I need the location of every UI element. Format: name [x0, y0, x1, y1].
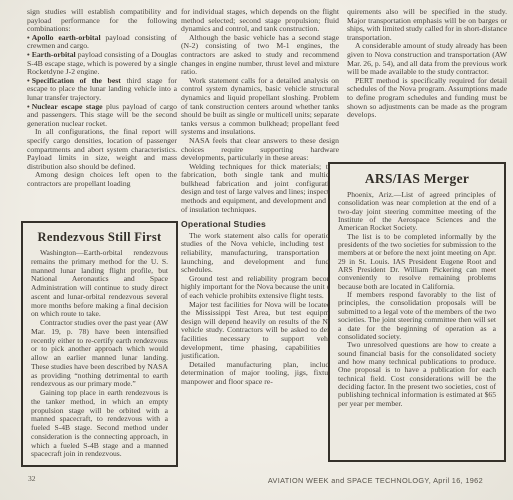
- paragraph: Ground test and reliability program beco…: [181, 275, 339, 301]
- bullet-item: •Apollo earth-orbital payload consisting…: [27, 34, 177, 51]
- bullet-item: •Earth-orbital payload consisting of a D…: [27, 51, 177, 77]
- paragraph: PERT method is specifically required for…: [347, 77, 507, 120]
- paragraph: The list is to be completed informally b…: [338, 233, 496, 291]
- page-number: 32: [28, 474, 36, 483]
- box-title: Rendezvous Still First: [31, 230, 168, 245]
- column-middle: for individual stages, which depends on …: [181, 8, 339, 387]
- magazine-page: sign studies will establish compatibilit…: [0, 0, 513, 500]
- bullet-item: •Specification of the best third stage f…: [27, 77, 177, 103]
- paragraph: Detailed manufacturing plan, including d…: [181, 361, 339, 387]
- paragraph: If members respond favorably to the list…: [338, 291, 496, 341]
- paragraph: Welding techniques for thick materials; …: [181, 163, 339, 215]
- box-title: ARS/IAS Merger: [338, 171, 496, 187]
- section-heading: Operational Studies: [181, 220, 339, 229]
- paragraph: Among design choices left open to the co…: [27, 171, 177, 188]
- paragraph: Although the basic vehicle has a second …: [181, 34, 339, 77]
- paragraph: Contractor studies over the past year (A…: [31, 319, 168, 389]
- paragraph: In all configurations, the final report …: [27, 128, 177, 171]
- paragraph: A considerable amount of study already h…: [347, 42, 507, 76]
- ars-ias-box: ARS/IAS Merger Phoenix, Ariz.—List of ag…: [328, 162, 506, 462]
- magazine-footer: AVIATION WEEK and SPACE TECHNOLOGY, Apri…: [268, 476, 483, 485]
- paragraph: Washington—Earth-orbital rendezvous rema…: [31, 249, 168, 319]
- paragraph: NASA feels that clear answers to these d…: [181, 137, 339, 163]
- paragraph: Phoenix, Ariz.—List of agreed principles…: [338, 191, 496, 233]
- paragraph: The work statement also calls for operat…: [181, 232, 339, 275]
- paragraph: quirements also will be specified in the…: [347, 8, 507, 42]
- column-left: sign studies will establish compatibilit…: [27, 8, 177, 188]
- paragraph: sign studies will establish compatibilit…: [27, 8, 177, 34]
- column-right: quirements also will be specified in the…: [347, 8, 507, 120]
- paragraph: for individual stages, which depends on …: [181, 8, 339, 34]
- rendezvous-box: Rendezvous Still First Washington—Earth-…: [21, 221, 178, 467]
- paragraph: Two unresolved questions are how to crea…: [338, 341, 496, 408]
- bullet-item: •Nuclear escape stage plus payload of ca…: [27, 103, 177, 129]
- paragraph: Gaining top place in earth rendezvous is…: [31, 389, 168, 459]
- paragraph: Major test facilities for Nova will be l…: [181, 301, 339, 361]
- paragraph: Work statement calls for a detailed anal…: [181, 77, 339, 137]
